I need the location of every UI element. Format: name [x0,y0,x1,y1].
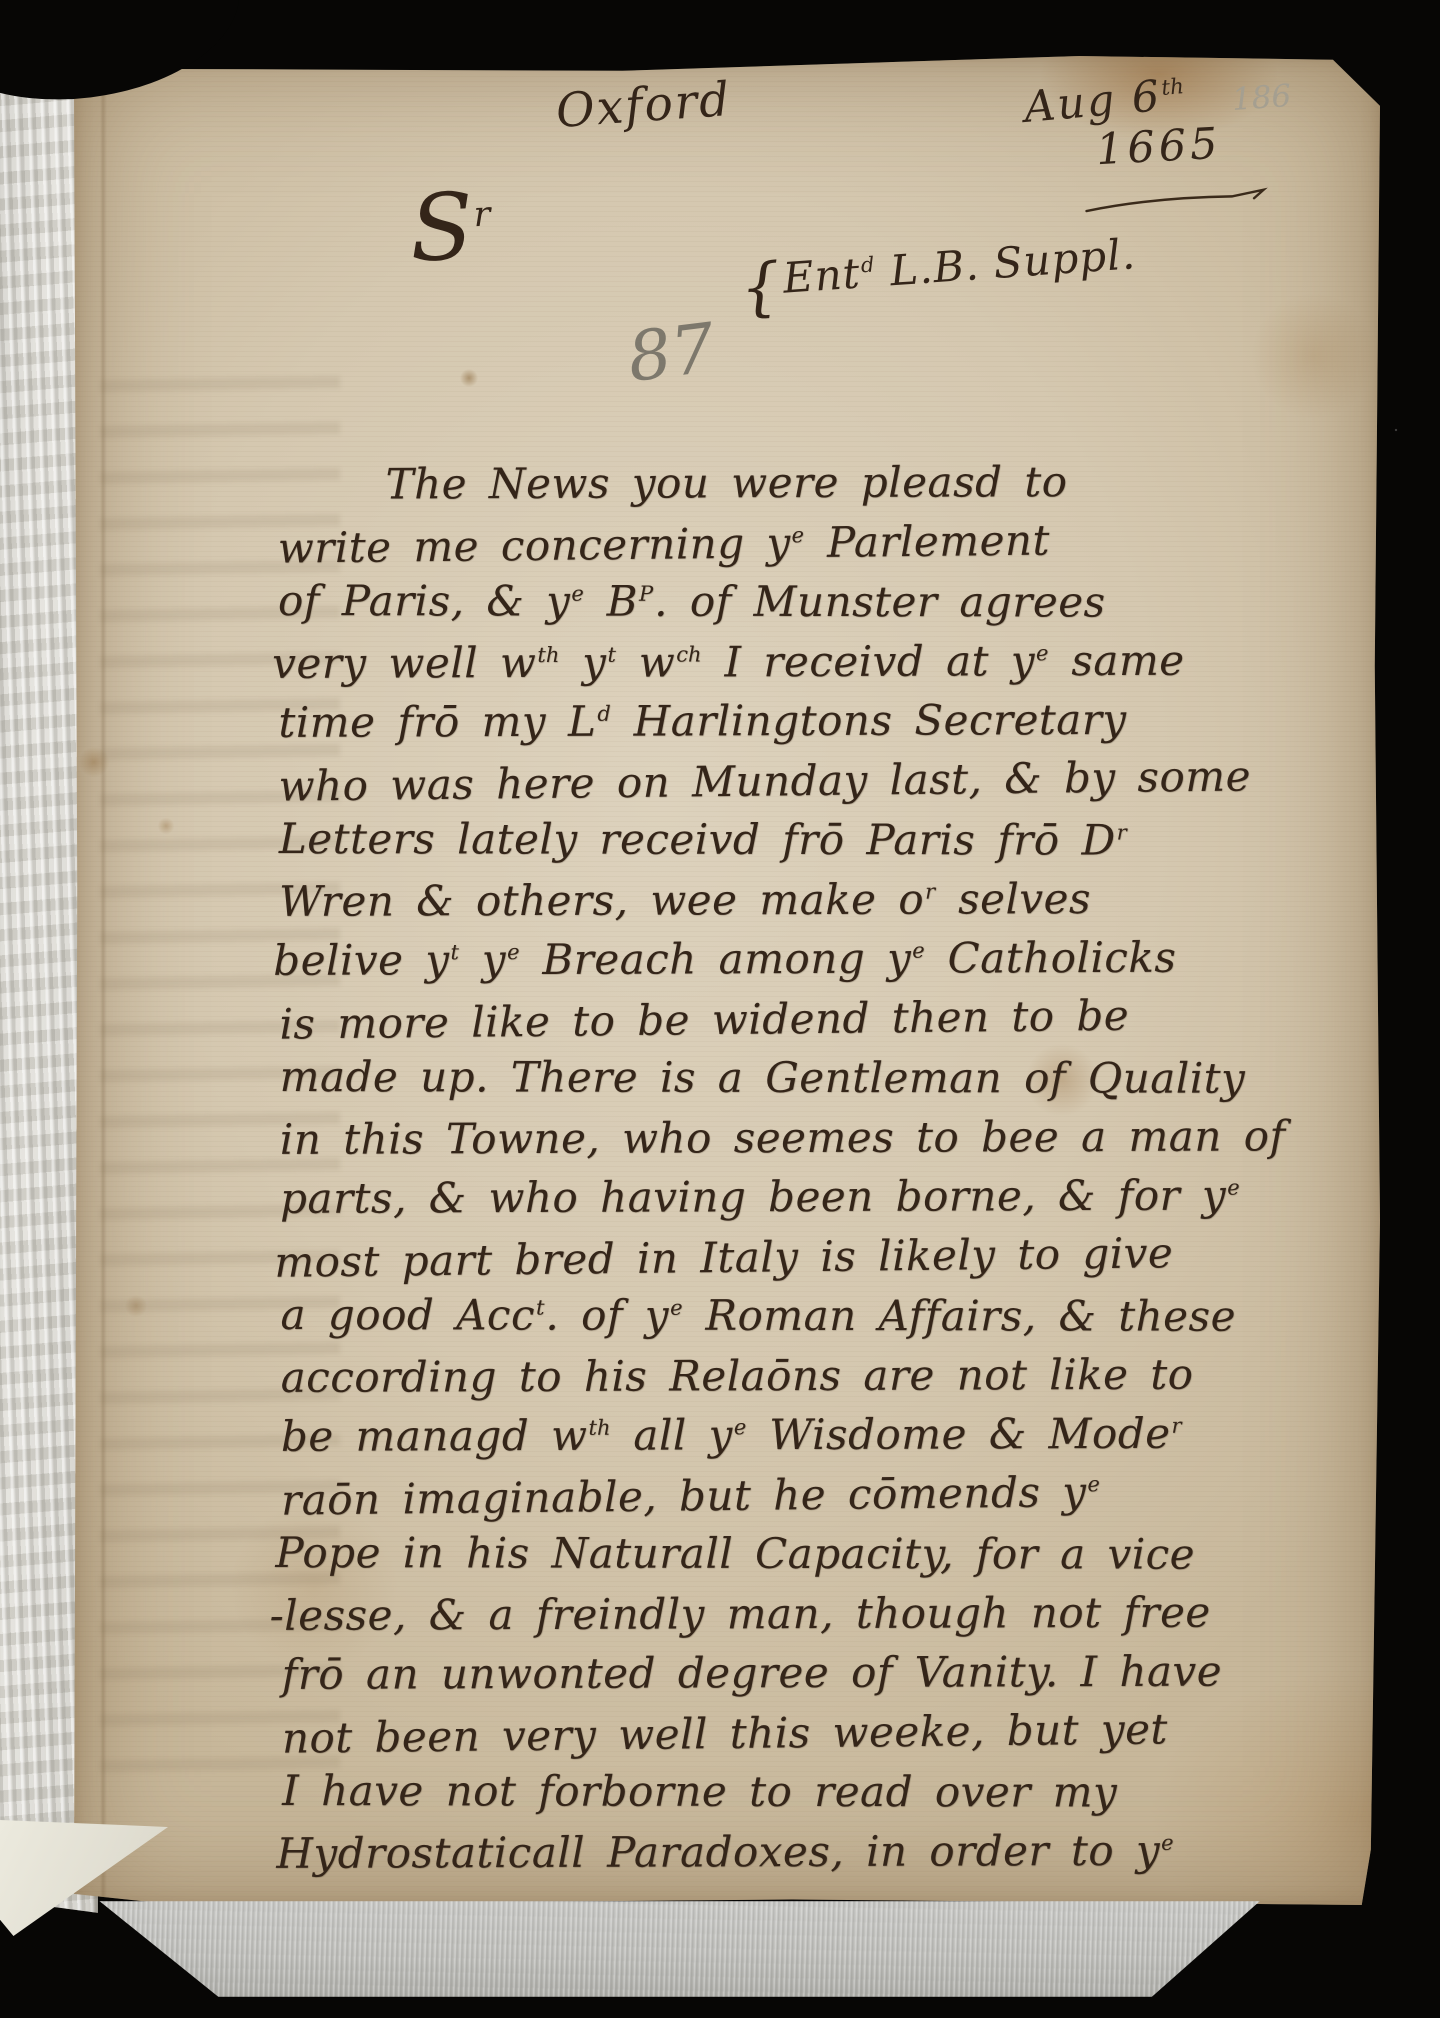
manuscript-line: not been very well this weeke, but yet [282,1702,1363,1773]
manuscript-line: frō an unwonted degree of Vanity. I have [282,1646,1362,1709]
manuscript-line: in this Towne, who seemes to bee a man o… [280,1111,1360,1174]
photograph-stage: Oxford Aug 6th 1665 186 Sr {Entd L.B. Su… [0,0,1440,2018]
manuscript-line: write me concerning ye Parlement [278,512,1359,583]
endorsement-text: Entd L.B. Suppl. [781,229,1137,303]
manuscript-line: made up. There is a Gentleman of Quality [280,1052,1360,1113]
manuscript-line: a good Acct. of ye Roman Affairs, & thes… [280,1290,1360,1351]
pencil-folio-number: 186 [1231,78,1293,118]
letter-body: The News you were pleasd towrite me conc… [278,456,1363,1888]
tissue-interleaf [56,1901,1260,1997]
manuscript-line: is more like to be widend then to be [279,988,1360,1059]
manuscript-line: time frō my Ld Harlingtons Secretary [278,694,1358,757]
heading-place: Oxford [554,72,733,139]
manuscript-line: according to his Relaōns are not like to [281,1349,1361,1412]
manuscript-line: The News you were pleasd to [386,456,1358,519]
manuscript-line: be managd wth all ye Wisdome & Moder [281,1408,1361,1471]
manuscript-line: I have not forborne to read over my [282,1766,1362,1827]
manuscript-line: belive yt ye Breach among ye Catholicks [273,932,1359,995]
manuscript-line: raōn imaginable, but he cōmends ye [281,1464,1362,1535]
salutation: Sr [408,173,493,283]
manuscript-line: very well wth yt wch I receivd at ye sam… [272,635,1358,698]
endorsement-note: {Entd L.B. Suppl. [738,224,1139,324]
manuscript-line: of Paris, & ye BP. of Munster agrees [278,576,1358,637]
manuscript-line: -lesse, & a freindly man, though not fre… [269,1587,1361,1650]
manuscript-line: most part bred in Italy is likely to giv… [274,1226,1361,1297]
manuscript-line: parts, & who having been borne, & for ye [280,1170,1360,1233]
date-underline-flourish [1081,179,1282,219]
pencil-archive-number: 87 [624,309,720,398]
manuscript-line: Hydrostaticall Paradoxes, in order to ye [276,1825,1362,1888]
heading-year: 1665 [1095,119,1223,175]
manuscript-line: Wren & others, wee make or selves [279,873,1359,936]
endorsement-brace: { [738,249,784,325]
manuscript-line: Pope in his Naturall Capacity, for a vic… [275,1528,1361,1589]
manuscript-line: who was here on Munday last, & by some [278,750,1359,821]
letter-page: Oxford Aug 6th 1665 186 Sr {Entd L.B. Su… [74,56,1380,1905]
manuscript-line: Letters lately receivd frō Paris frō Dr [279,814,1359,875]
